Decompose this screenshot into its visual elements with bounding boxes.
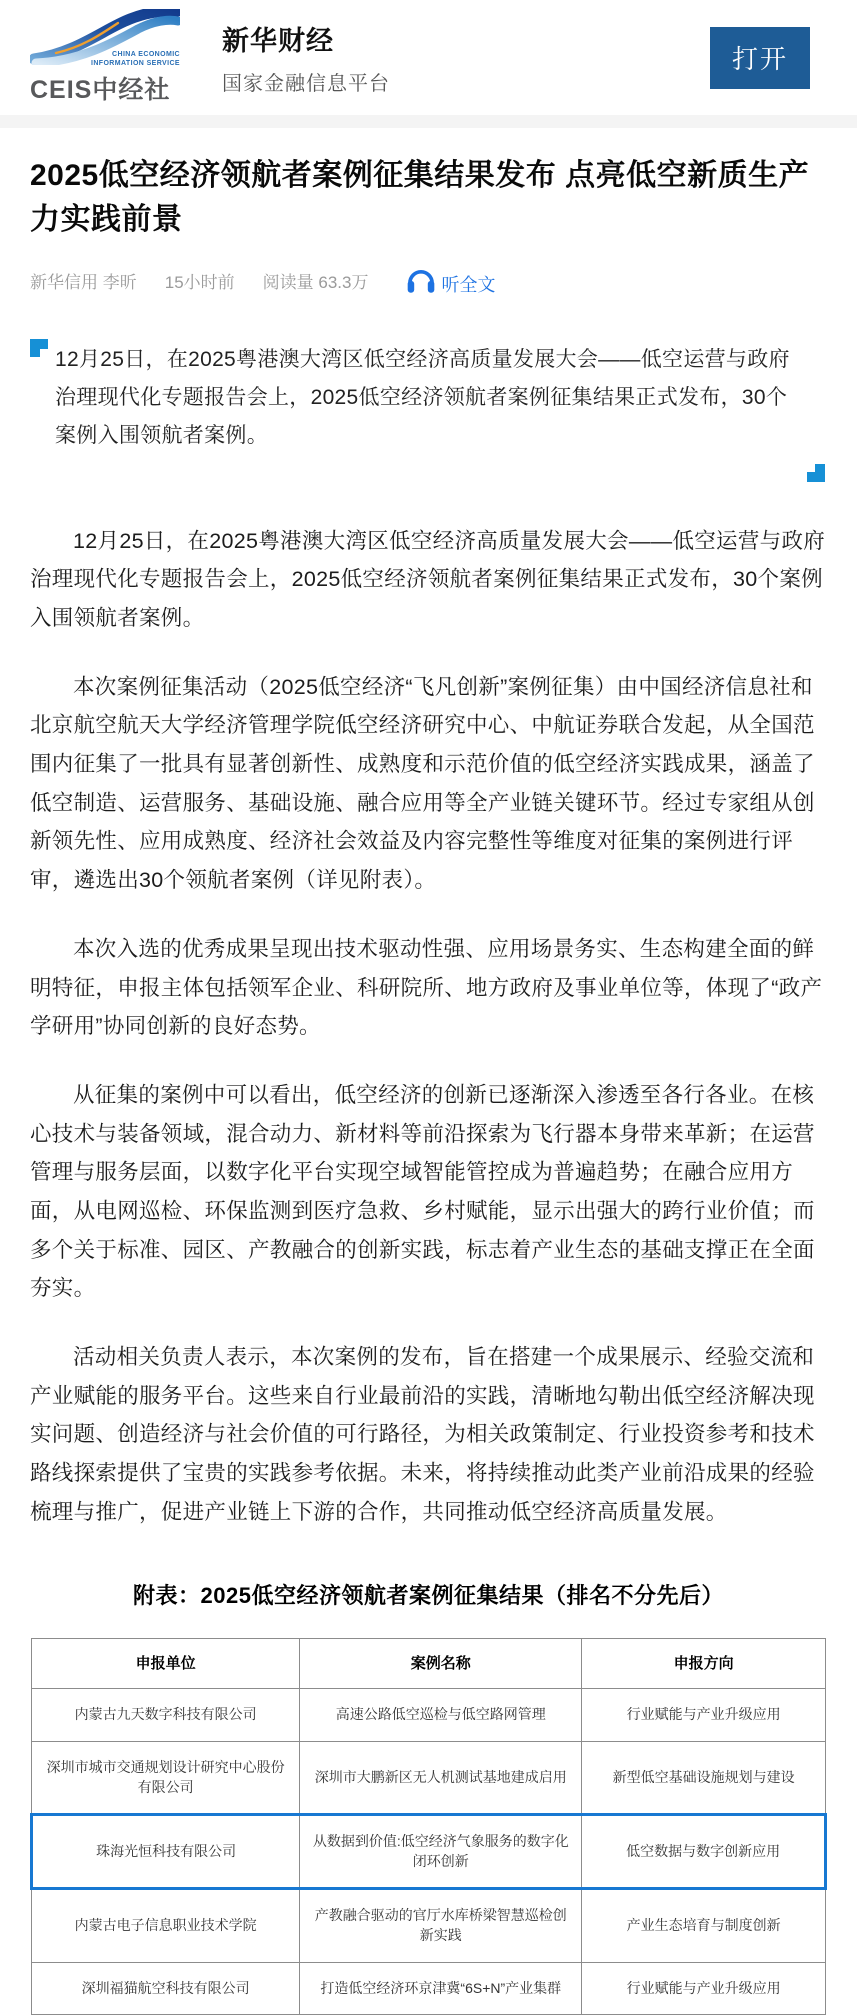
cell-applicant: 内蒙古电子信息职业技术学院 (32, 1889, 300, 1962)
cell-case-name: 深圳市大鹏新区无人机测试基地建成启用 (300, 1742, 582, 1815)
cell-direction: 行业赋能与产业升级应用 (582, 1962, 826, 2015)
app-header: CHINA ECONOMIC INFORMATION SERVICE CEIS中… (0, 0, 857, 115)
quote-corner-top-left-icon (30, 339, 48, 357)
paragraph-4: 从征集的案例中可以看出，低空经济的创新已逐渐深入渗透至各行各业。在核心技术与装备… (30, 1076, 827, 1308)
table-header-row: 申报单位 案例名称 申报方向 (32, 1639, 826, 1689)
cell-case-name: 高速公路低空巡检与低空路网管理 (300, 1689, 582, 1742)
paragraph-3: 本次入选的优秀成果呈现出技术驱动性强、应用场景务实、生态构建全面的鲜明特征，申报… (30, 930, 827, 1046)
column-header-case-name: 案例名称 (300, 1639, 582, 1689)
article-title: 2025低空经济领航者案例征集结果发布 点亮低空新质生产力实践前景 (30, 154, 827, 241)
cell-applicant: 内蒙古九天数字科技有限公司 (32, 1689, 300, 1742)
cell-case-name: 打造低空经济环京津冀“6S+N”产业集群 (300, 1962, 582, 2015)
cell-case-name: 从数据到价值:低空经济气象服务的数字化闭环创新 (300, 1815, 582, 1889)
listen-fulltext-label: 听全文 (441, 271, 495, 297)
article-meta-row: 新华信用 李昕 15小时前 阅读量 63.3万 听全文 (30, 263, 827, 297)
case-results-table: 申报单位 案例名称 申报方向 内蒙古九天数字科技有限公司 高速公路低空巡检与低空… (30, 1638, 827, 2015)
quote-corner-bottom-right-icon (807, 464, 825, 482)
article-source: 新华信用 李昕 (30, 268, 137, 293)
paragraph-1: 12月25日，在2025粤港澳大湾区低空经济高质量发展大会——低空运营与政府治理… (30, 522, 827, 638)
cell-direction: 产业生态培育与制度创新 (582, 1889, 826, 1962)
cell-applicant: 珠海光恒科技有限公司 (32, 1815, 300, 1889)
table-row: 深圳市城市交通规划设计研究中心股份有限公司 深圳市大鹏新区无人机测试基地建成启用… (32, 1742, 826, 1815)
article-view-count: 阅读量 63.3万 (263, 268, 369, 293)
column-header-direction: 申报方向 (582, 1639, 826, 1689)
paragraph-5: 活动相关负责人表示，本次案例的发布，旨在搭建一个成果展示、经验交流和产业赋能的服… (30, 1338, 827, 1531)
paragraph-2: 本次案例征集活动（2025低空经济“飞凡创新”案例征集）由中国经济信息社和北京航… (30, 668, 827, 900)
listen-fulltext-button[interactable]: 听全文 (404, 263, 495, 297)
table-row-highlighted: 珠海光恒科技有限公司 从数据到价值:低空经济气象服务的数字化闭环创新 低空数据与… (32, 1815, 826, 1889)
brand-block: 新华财经 国家金融信息平台 (222, 19, 710, 96)
brand-subtitle: 国家金融信息平台 (222, 67, 710, 96)
article-body: 2025低空经济领航者案例征集结果发布 点亮低空新质生产力实践前景 新华信用 李… (0, 154, 857, 2015)
brand-title: 新华财经 (222, 19, 710, 58)
table-row: 内蒙古电子信息职业技术学院 产教融合驱动的官厅水库桥梁智慧巡检创新实践 产业生态… (32, 1889, 826, 1962)
header-divider (0, 115, 857, 128)
ceis-logo[interactable]: CHINA ECONOMIC INFORMATION SERVICE CEIS中… (30, 9, 180, 107)
summary-quote-text: 12月25日，在2025粤港澳大湾区低空经济高质量发展大会——低空运营与政府治理… (55, 341, 797, 456)
summary-quote-block: 12月25日，在2025粤港澳大湾区低空经济高质量发展大会——低空运营与政府治理… (30, 333, 827, 482)
open-app-button[interactable]: 打开 (710, 27, 810, 89)
table-row: 深圳福猫航空科技有限公司 打造低空经济环京津冀“6S+N”产业集群 行业赋能与产… (32, 1962, 826, 2015)
table-row: 内蒙古九天数字科技有限公司 高速公路低空巡检与低空路网管理 行业赋能与产业升级应… (32, 1689, 826, 1742)
cell-applicant: 深圳福猫航空科技有限公司 (32, 1962, 300, 2015)
cell-applicant: 深圳市城市交通规划设计研究中心股份有限公司 (32, 1742, 300, 1815)
appendix-table-caption: 附表：2025低空经济领航者案例征集结果（排名不分先后） (30, 1579, 827, 1610)
cell-case-name: 产教融合驱动的官厅水库桥梁智慧巡检创新实践 (300, 1889, 582, 1962)
article-timestamp: 15小时前 (165, 268, 235, 293)
logo-name: CEIS中经社 (30, 70, 180, 106)
column-header-applicant: 申报单位 (32, 1639, 300, 1689)
cell-direction: 新型低空基础设施规划与建设 (582, 1742, 826, 1815)
headphone-icon (404, 263, 438, 297)
cell-direction: 低空数据与数字创新应用 (582, 1815, 826, 1889)
cell-direction: 行业赋能与产业升级应用 (582, 1689, 826, 1742)
